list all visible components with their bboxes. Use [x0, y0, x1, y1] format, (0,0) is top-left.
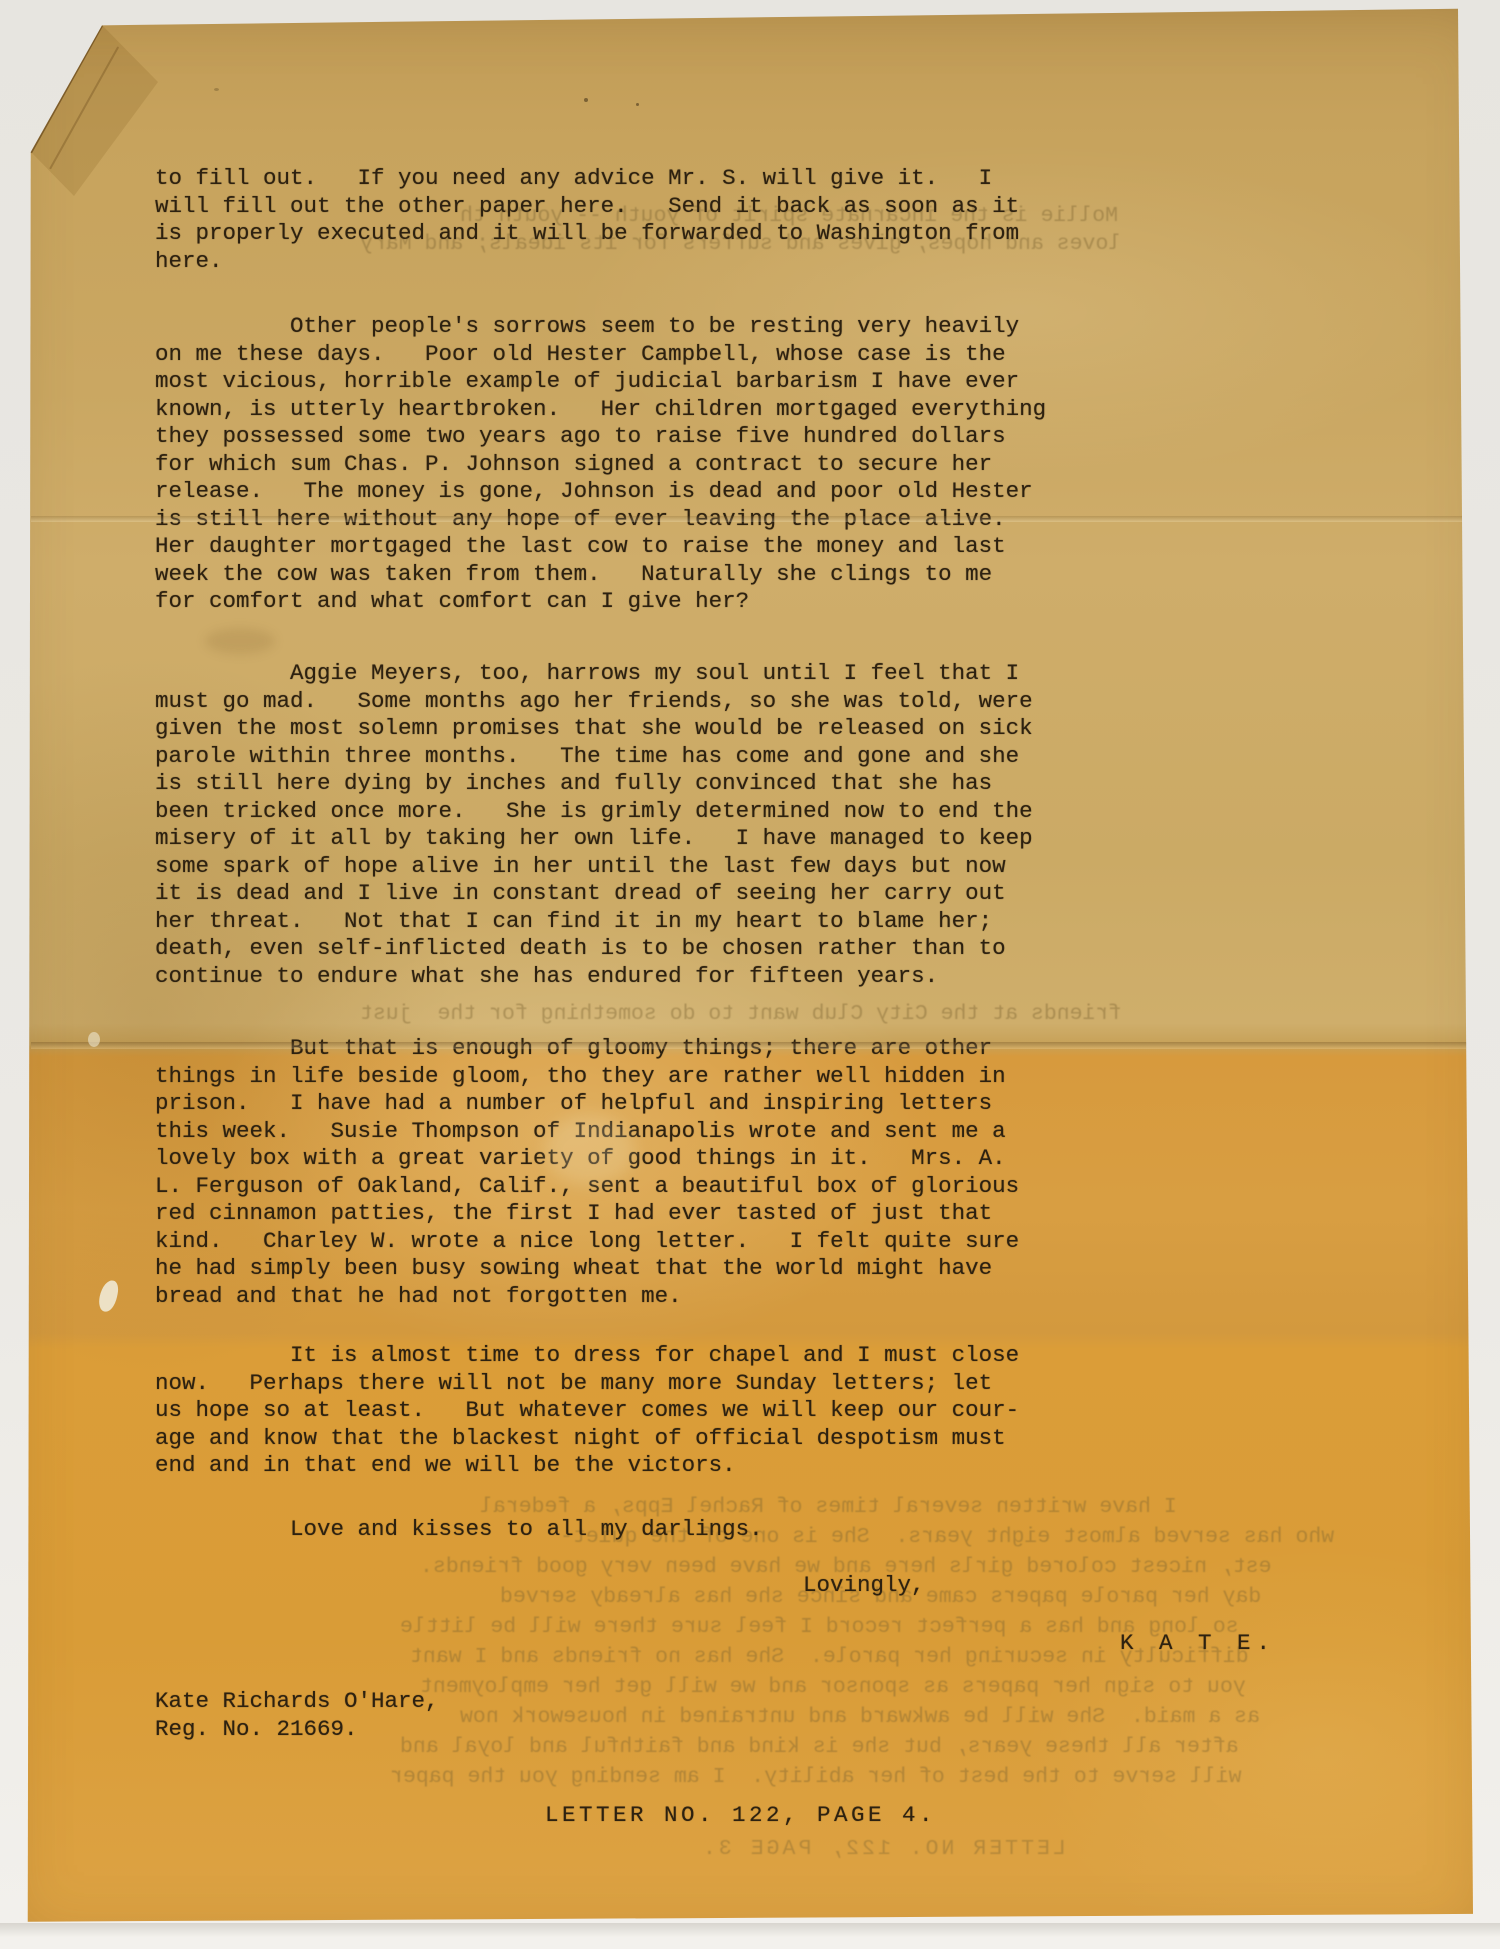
- letter-paragraph: It is almost time to dress for chapel an…: [155, 1342, 1019, 1480]
- letter-paragraph: Aggie Meyers, too, harrows my soul until…: [155, 660, 1033, 990]
- paper-damage-spot: [97, 1279, 120, 1314]
- ink-speck: [584, 98, 588, 102]
- bleed-through-line: so long and has a perfect record I feel …: [400, 1614, 1239, 1641]
- letter-page: Mollie is the incarnate spirit of youth …: [0, 0, 1500, 1949]
- signer-name: Kate Richards O'Hare,: [155, 1688, 439, 1716]
- paper-smudge: [205, 628, 275, 654]
- closing-line: Lovingly,: [803, 1572, 925, 1600]
- paper-damage-spot: [88, 1032, 100, 1047]
- bleed-through-footer: LETTER NO. 122, PAGE 3.: [700, 1836, 1066, 1863]
- signer-register-number: Reg. No. 21669.: [155, 1716, 358, 1744]
- ink-speck: [636, 103, 639, 106]
- bleed-through-line: friends at the City Club want to do some…: [360, 1001, 1121, 1028]
- letter-paragraph: But that is enough of gloomy things; the…: [155, 1035, 1019, 1310]
- ink-speck: [214, 88, 219, 91]
- bleed-through-line: as a maid. She will be awkward and untra…: [460, 1704, 1260, 1731]
- scan-background: Mollie is the incarnate spirit of youth …: [0, 0, 1500, 1949]
- valediction-line: Love and kisses to all my darlings.: [155, 1516, 763, 1544]
- letter-paragraph: to fill out. If you need any advice Mr. …: [155, 165, 1019, 275]
- bleed-through-line: after all these years, but she is kind a…: [400, 1734, 1239, 1761]
- bleed-through-line: will serve to the best of her ability. I…: [390, 1764, 1242, 1791]
- scanner-bed-strip: [0, 1923, 1500, 1949]
- letter-paragraph: Other people's sorrows seem to be restin…: [155, 313, 1046, 616]
- signature: K A T E.: [1120, 1630, 1276, 1658]
- page-footer: LETTER NO. 122, PAGE 4.: [545, 1802, 936, 1830]
- bleed-through-line: you to sign her papers as sponsor and we…: [420, 1674, 1246, 1701]
